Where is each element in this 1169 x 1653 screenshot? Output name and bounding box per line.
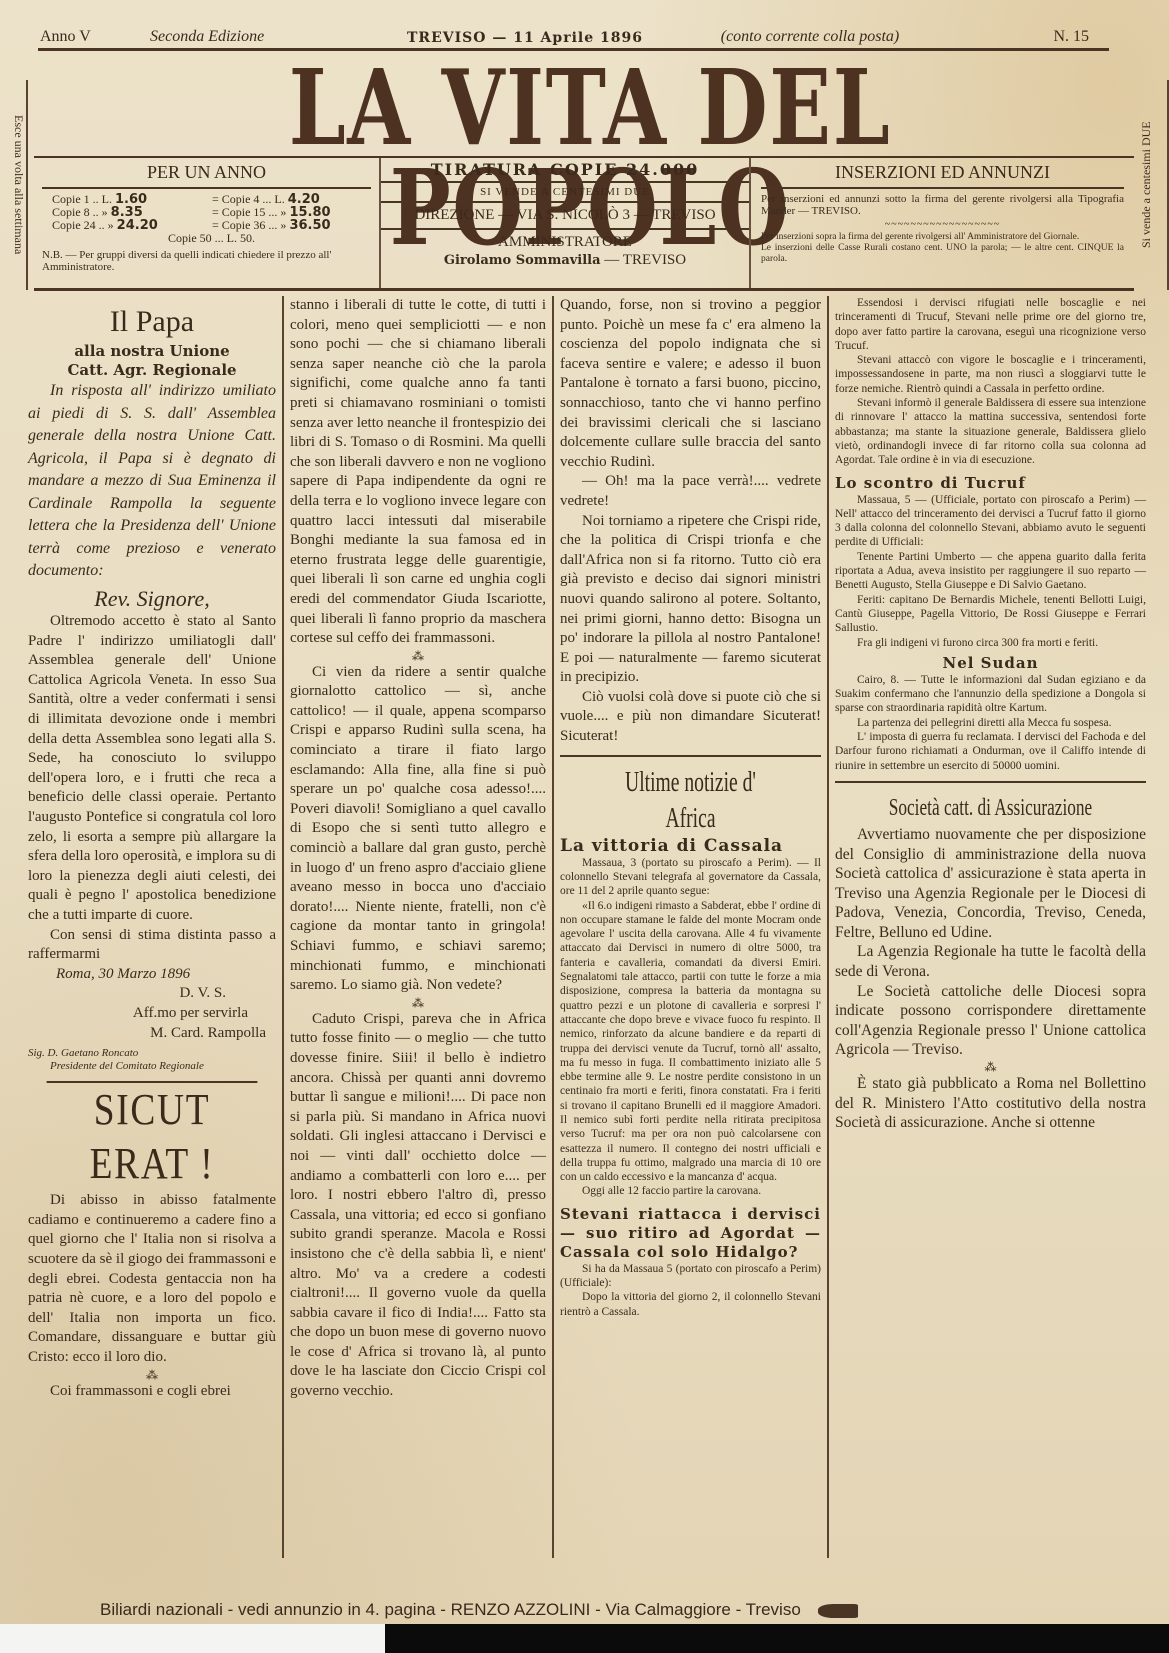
scan-margin-white [0, 1624, 385, 1653]
article-body: Le Società cattoliche delle Diocesi sopr… [835, 982, 1146, 1060]
issue-date: TREVISO — 11 Aprile 1896 [360, 30, 690, 46]
dispatch-text: Oggi alle 12 faccio partire la carovana. [560, 1184, 821, 1198]
dispatch-text: Tenente Partini Umberto — che appena gua… [835, 550, 1146, 593]
dispatch-text: Massaua, 3 (portato su piroscafo a Perim… [560, 856, 821, 899]
article-body: Ci vien da ridere a sentir qualche giorn… [290, 663, 546, 996]
subscription-box: PER UN ANNO Copie 1 .. L. 1.60 = Copie 4… [34, 158, 379, 288]
dispatch-text: Stevani attaccò con vigore le boscaglie … [835, 353, 1146, 396]
dispatch-text: Fra gli indigeni vi furono circa 300 fra… [835, 636, 1146, 650]
scan-edge [0, 1624, 1169, 1653]
article-title-assicurazione: Società catt. di Assicurazione [879, 791, 1103, 825]
dateline: Anno V Seconda Edizione TREVISO — 11 Apr… [40, 22, 1109, 46]
price-label: = Copie 4 ... L. [212, 192, 285, 206]
price-row-last: Copie 50 ... L. 50. [52, 232, 371, 245]
footer-ad-text: Biliardi nazionali - vedi annunzio in 4.… [100, 1600, 801, 1619]
postal-note: (conto corrente colla posta) [690, 28, 930, 46]
dispatch-text: «Il 6.o indigeni rimasto a Sabderat, ebb… [560, 899, 821, 1185]
price-label: = Copie 15 ... » [212, 205, 286, 219]
administrator-city: — TREVISO [604, 252, 686, 268]
issue-number: N. 15 [930, 28, 1109, 46]
advertising-box: INSERZIONI ED ANNUNZI Per inserzioni ed … [751, 158, 1134, 288]
article-title-cassala: La vittoria di Cassala [560, 837, 821, 856]
subscription-note: N.B. — Per gruppi diversi da quelli indi… [42, 249, 371, 273]
editorial-address: DIREZIONE — VIA S. NICOLÒ 3 — TREVISO [381, 203, 749, 230]
price-value: 36.50 [289, 218, 330, 233]
pointing-hand-icon [818, 1604, 858, 1618]
article-title-stevani: Stevani riattacca i dervisci — suo ritir… [560, 1205, 821, 1262]
price-label: Copie 24 .. » [52, 218, 114, 232]
dispatch-text: Feriti: capitano De Bernardis Michele, t… [835, 593, 1146, 636]
letter-closing: Con sensi di stima distinta passo a raff… [28, 926, 276, 965]
article-body: La Agenzia Regionale ha tutte le facoltà… [835, 942, 1146, 981]
dispatch-text: Essendosi i dervisci rifugiati nelle bos… [835, 296, 1146, 353]
newspaper-page: Anno V Seconda Edizione TREVISO — 11 Apr… [0, 0, 1169, 1653]
advertising-text: Le inserzioni delle Casse Rurali costano… [761, 243, 1124, 265]
section-rule [835, 781, 1146, 783]
circulation-box: TIRATURA COPIE 24.000 SI VENDE A CENTESI… [379, 158, 751, 288]
price-label: Copie 8 .. » [52, 205, 108, 219]
asterism-divider: ⁂ [835, 1060, 1146, 1074]
price-table: Copie 1 .. L. 1.60 = Copie 4 ... L. 4.20… [42, 193, 371, 245]
section-rule [560, 755, 821, 757]
article-intro: In risposta all' indirizzo umiliato ai p… [28, 380, 276, 583]
article-body: stanno i liberali di tutte le cotte, di … [290, 296, 546, 649]
price-value: 24.20 [117, 218, 158, 233]
letter-body: Oltremodo accetto è stato al Santo Padre… [28, 612, 276, 926]
letter-signature: M. Card. Rampolla [28, 1024, 276, 1044]
article-body: Ciò vuolsi colà dove si puote ciò che si… [560, 688, 821, 747]
article-body: È stato già pubblicato a Roma nel Bollet… [835, 1074, 1146, 1133]
side-note-right: Si vende a centesimi DUE [1139, 80, 1169, 290]
article-body: Noi torniamo a ripetere che Crispi ride,… [560, 512, 821, 688]
letter-salutation: Rev. Signore, [28, 589, 276, 609]
letter-date: Roma, 30 Marzo 1896 [28, 965, 276, 985]
article-body: Quando, forse, non si trovino a peggior … [560, 296, 821, 472]
dispatch-text: Stevani informò il generale Baldissera d… [835, 396, 1146, 467]
advertising-text: Per inserzioni sopra la firma del gerent… [761, 232, 1124, 243]
dispatch-text: Si ha da Massaua 5 (portato con piroscaf… [560, 1262, 821, 1291]
masthead-title: LA VITA DEL POPOLO [177, 58, 1004, 158]
administrator: AMMINISTRATORE Girolamo Sommavilla — TRE… [381, 230, 749, 270]
dispatch-text: L' imposta di guerra fu reclamata. I der… [835, 730, 1146, 773]
article-body: — Oh! ma la pace verrà!.... vedrete vedr… [560, 472, 821, 511]
administrator-label: AMMINISTRATORE [381, 233, 749, 251]
dispatch-text: Dopo la vittoria del giorno 2, il colonn… [560, 1290, 821, 1319]
article-subtitle: Catt. Agr. Regionale [28, 361, 276, 380]
article-body: Coi frammassoni e cogli ebrei [28, 1382, 276, 1402]
column-1: Il Papa alla nostra Unione Catt. Agr. Re… [22, 296, 282, 1558]
circulation: TIRATURA COPIE 24.000 [381, 158, 749, 183]
article-body: Caduto Crispi, pareva che in Africa tutt… [290, 1010, 546, 1402]
article-body: Di abisso in abisso fatalmente cadiamo e… [28, 1191, 276, 1367]
divider: ~~~~~~~~~~~~~~~~~~ [761, 219, 1124, 230]
article-subtitle: alla nostra Unione [28, 342, 276, 361]
side-note-left: Esce una volta alla settimana [0, 80, 28, 290]
scan-margin-black [385, 1624, 1169, 1653]
article-title-tucruf: Lo scontro di Tucruf [835, 474, 1146, 493]
article-title-papa: Il Papa [28, 302, 276, 342]
asterism-divider: ⁂ [290, 649, 546, 663]
letter-dvs: D. V. S. [28, 984, 276, 1004]
article-body: Avvertiamo nuovamente che per disposizio… [835, 825, 1146, 943]
edition-label: Seconda Edizione [150, 28, 360, 46]
article-columns: Il Papa alla nostra Unione Catt. Agr. Re… [22, 296, 1152, 1558]
dispatch-text: Massaua, 5 — (Ufficiale, portato con pir… [835, 493, 1146, 550]
asterism-divider: ⁂ [28, 1368, 276, 1382]
letter-addressee: Sig. D. Gaetano Roncato [28, 1047, 276, 1060]
advertising-title: INSERZIONI ED ANNUNZI [761, 162, 1124, 189]
column-4: Essendosi i dervisci rifugiati nelle bos… [827, 296, 1152, 1558]
dispatch-text: Cairo, 8. — Tutte le informazioni dal Su… [835, 673, 1146, 716]
administrator-name: Girolamo Sommavilla [444, 253, 601, 268]
column-2: stanno i liberali di tutte le cotte, di … [282, 296, 552, 1558]
section-title-africa: Ultime notizie d' Africa [599, 765, 782, 837]
subscription-title: PER UN ANNO [42, 162, 371, 189]
volume-label: Anno V [40, 28, 150, 46]
article-title-sicut-erat: SICUT ERAT ! [47, 1081, 258, 1191]
header-info-boxes: PER UN ANNO Copie 1 .. L. 1.60 = Copie 4… [34, 156, 1134, 291]
asterism-divider: ⁂ [290, 996, 546, 1010]
letter-valediction: Aff.mo per servirla [28, 1004, 276, 1024]
column-3: Quando, forse, non si trovino a peggior … [552, 296, 827, 1558]
article-title-sudan: Nel Sudan [835, 654, 1146, 673]
advertising-text: Per inserzioni ed annunzi sotto la firma… [761, 193, 1124, 217]
dispatch-text: La partenza dei pellegrini diretti alla … [835, 716, 1146, 730]
price-label: Copie 1 .. L. [52, 192, 112, 206]
letter-addressee-title: Presidente del Comitato Regionale [28, 1060, 276, 1073]
price-per-copy: SI VENDE A CENTESIMI DUE [381, 183, 749, 203]
price-label: = Copie 36 ... » [212, 218, 286, 232]
